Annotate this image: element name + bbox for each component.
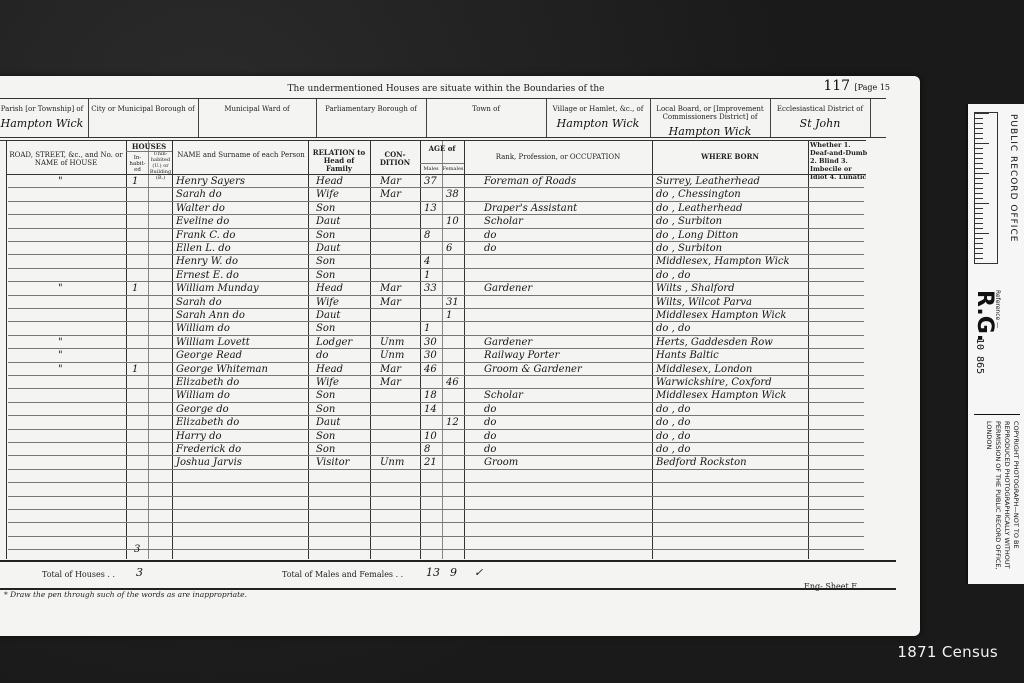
table-row: Ellen L. doDaut6dodo , Surbiton [0, 242, 866, 255]
cell-relation: Head [316, 175, 343, 188]
cell-condition: Mar [380, 282, 401, 295]
cell-born: Middlesex, Hampton Wick [656, 255, 790, 268]
cell-born: Warwickshire, Coxford [656, 376, 772, 389]
cell-condition: Mar [380, 188, 401, 201]
table-row: William doSon1do , do [0, 322, 866, 335]
table-row: "William LovettLodgerUnm30GardenerHerts,… [0, 336, 866, 349]
region-cell: Parish [or Township] ofHampton Wick [0, 99, 89, 137]
cell-occupation: Scholar [484, 389, 523, 402]
cell-male-age: 4 [424, 255, 430, 268]
header-where-born: WHERE BORN [654, 153, 806, 161]
cell-relation: Wife [316, 188, 339, 201]
cell-inhabited: 1 [132, 282, 138, 295]
cell-born: do , do [656, 416, 690, 429]
cell-occupation: do [484, 229, 496, 242]
cell-occupation: Scholar [484, 215, 523, 228]
cell-road: " [58, 349, 63, 362]
cell-name: Sarah do [176, 188, 222, 201]
cell-name: Frederick do [176, 443, 241, 456]
cell-male-age: 8 [424, 229, 430, 242]
cell-occupation: Foreman of Roads [484, 175, 576, 188]
cell-male-age: 8 [424, 443, 430, 456]
ruler-tick [975, 153, 983, 154]
cell-born: Middlesex, London [656, 363, 752, 376]
ruler-tick [975, 228, 983, 229]
region-label: Local Board, or [Improvement Commissione… [650, 99, 770, 121]
series-code: R.G. [972, 290, 997, 342]
cell-occupation: do [484, 403, 496, 416]
header-road: ROAD, STREET, &c., and No. or NAME of HO… [8, 151, 124, 167]
cell-relation: Wife [316, 296, 339, 309]
ruler-tick [975, 113, 989, 114]
ruler-tick [975, 133, 983, 134]
cell-condition: Unm [380, 349, 404, 362]
ruler-tick [975, 118, 983, 119]
cell-male-age: 10 [424, 430, 437, 443]
ruler-tick [975, 203, 989, 204]
header-inhabited: In-habit-ed [127, 155, 148, 173]
region-cell: Municipal Ward of [198, 99, 317, 137]
cell-male-age: 14 [424, 403, 437, 416]
cell-born: Wilts, Wilcot Parva [656, 296, 752, 309]
ruler-tick [975, 243, 983, 244]
header-occupation: Rank, Profession, or OCCUPATION [466, 153, 650, 161]
cell-female-age: 12 [446, 416, 459, 429]
region-value: St John [770, 117, 870, 130]
cell-born: do , Leatherhead [656, 202, 742, 215]
cell-name: Eveline do [176, 215, 229, 228]
cell-relation: Daut [316, 416, 340, 429]
cell-occupation: Draper's Assistant [484, 202, 577, 215]
table-row [0, 483, 866, 496]
table-row: "George ReaddoUnm30Railway PorterHants B… [0, 349, 866, 362]
region-cell: Local Board, or [Improvement Commissione… [650, 99, 771, 137]
cell-inhabited: 1 [132, 175, 138, 188]
cell-born: Middlesex Hampton Wick [656, 309, 786, 322]
sheet-heading: The undermentioned Houses are situate wi… [0, 84, 896, 94]
table-row: "1William MundayHeadMar33GardenerWilts ,… [0, 282, 866, 295]
total-houses-label: Total of Houses . . [42, 570, 115, 579]
table-row: Sarah doWifeMar31Wilts, Wilcot Parva [0, 296, 866, 309]
region-value: Hampton Wick [650, 125, 770, 138]
piece-number: 10 865 [974, 338, 985, 374]
ruler-tick [975, 123, 983, 124]
cell-born: do , do [656, 322, 690, 335]
cell-name: Frank C. do [176, 229, 235, 242]
cell-relation: Son [316, 269, 335, 282]
cell-relation: Son [316, 255, 335, 268]
cell-name: Sarah do [176, 296, 222, 309]
cell-relation: Lodger [316, 336, 352, 349]
cell-relation: Son [316, 443, 335, 456]
cell-condition: Mar [380, 363, 401, 376]
census-sheet: The undermentioned Houses are situate wi… [0, 76, 920, 636]
cell-born: do , do [656, 269, 690, 282]
ruler-tick [975, 168, 983, 169]
cell-male-age: 1 [424, 322, 430, 335]
cell-name: Elizabeth do [176, 376, 239, 389]
table-row: Henry W. doSon4Middlesex, Hampton Wick [0, 255, 866, 268]
cell-born: do , Chessington [656, 188, 741, 201]
table-row: Walter doSon13Draper's Assistantdo , Lea… [0, 202, 866, 215]
cell-born: Middlesex Hampton Wick [656, 389, 786, 402]
ruler-tick [975, 253, 983, 254]
cell-occupation: Groom & Gardener [484, 363, 582, 376]
ruler-tick [975, 218, 983, 219]
cell-female-age: 10 [446, 215, 459, 228]
ruler-tick [975, 143, 989, 144]
cell-name: William Munday [176, 282, 259, 295]
ruler-tick [975, 223, 983, 224]
cell-born: do , do [656, 430, 690, 443]
cell-born: do , Long Ditton [656, 229, 738, 242]
ruler-tick [975, 163, 983, 164]
cell-name: Joshua Jarvis [176, 456, 242, 469]
total-females-value: 9 [450, 566, 457, 579]
ruler-tick [975, 193, 983, 194]
region-value: Hampton Wick [546, 117, 650, 130]
ruler-tick [975, 213, 983, 214]
ruler-tick [975, 188, 983, 189]
region-value: Hampton Wick [0, 117, 88, 130]
table-row: Elizabeth doWifeMar46Warwickshire, Coxfo… [0, 376, 866, 389]
cell-female-age: 31 [446, 296, 459, 309]
region-cell: Parliamentary Borough of [316, 99, 427, 137]
folio-number: 117 [Page 15 [823, 78, 890, 94]
table-row [0, 537, 866, 550]
cell-name: William do [176, 389, 230, 402]
cell-name: Sarah Ann do [176, 309, 245, 322]
cell-relation: Head [316, 282, 343, 295]
table-row: Sarah doWifeMar38do , Chessington [0, 188, 866, 201]
ruler-tick [975, 183, 983, 184]
cell-occupation: do [484, 430, 496, 443]
cell-name: George do [176, 403, 229, 416]
cell-relation: Head [316, 363, 343, 376]
total-houses-value: 3 [136, 566, 143, 579]
cell-occupation: Gardener [484, 336, 532, 349]
cell-name: George Whiteman [176, 363, 268, 376]
cell-male-age: 21 [424, 456, 437, 469]
table-row: George doSon14dodo , do [0, 403, 866, 416]
cell-name: William Lovett [176, 336, 250, 349]
tally-mark: 3 [134, 543, 140, 556]
header-condition: CON-DITION [372, 151, 418, 167]
cell-name: Henry W. do [176, 255, 238, 268]
cell-relation: Son [316, 403, 335, 416]
cell-name: Henry Sayers [176, 175, 245, 188]
ruler-tick [975, 148, 983, 149]
cell-born: Wilts , Shalford [656, 282, 735, 295]
cell-relation: Wife [316, 376, 339, 389]
rule [420, 163, 464, 164]
cell-road: " [58, 363, 63, 376]
region-label: City or Municipal Borough of [88, 99, 198, 113]
ruler-tick [975, 158, 983, 159]
cell-male-age: 13 [424, 202, 437, 215]
cell-condition: Mar [380, 175, 401, 188]
cell-female-age: 38 [446, 188, 459, 201]
cell-male-age: 37 [424, 175, 437, 188]
region-cell: Village or Hamlet, &c., ofHampton Wick [546, 99, 651, 137]
cell-relation: Son [316, 202, 335, 215]
cell-condition: Mar [380, 296, 401, 309]
scale-ruler [974, 112, 998, 264]
cell-relation: Son [316, 229, 335, 242]
table-row: Harry doSon10dodo , do [0, 430, 866, 443]
ruler-tick [975, 233, 989, 234]
cell-name: Harry do [176, 430, 222, 443]
ruler-tick [975, 173, 989, 174]
rule [126, 151, 172, 152]
header-relation: RELATION to Head of Family [310, 149, 368, 173]
table-row [0, 510, 866, 523]
cell-male-age: 30 [424, 349, 437, 362]
cell-male-age: 1 [424, 269, 430, 282]
cell-name: William do [176, 322, 230, 335]
table-row [0, 470, 866, 483]
ruler-tick [975, 138, 983, 139]
cell-name: Walter do [176, 202, 225, 215]
header-houses: HOUSES [126, 143, 172, 151]
cell-occupation: do [484, 242, 496, 255]
region-cell: Ecclesiastical District ofSt John [770, 99, 871, 137]
cell-relation: Daut [316, 215, 340, 228]
ruler-tick [975, 258, 983, 259]
table-row: "1George WhitemanHeadMar46Groom & Garden… [0, 363, 866, 376]
boundary-regions: Parish [or Township] ofHampton WickCity … [0, 98, 886, 138]
cell-name: Ernest E. do [176, 269, 239, 282]
cell-name: Elizabeth do [176, 416, 239, 429]
region-label: Town of [426, 99, 546, 113]
region-label: Parish [or Township] of [0, 99, 88, 113]
cell-male-age: 33 [424, 282, 437, 295]
table-row: "1Henry SayersHeadMar37Foreman of RoadsS… [0, 175, 866, 188]
table-row [0, 523, 866, 536]
region-cell: Town of [426, 99, 547, 137]
cell-occupation: do [484, 443, 496, 456]
cell-born: Herts, Gaddesden Row [656, 336, 773, 349]
cell-condition: Unm [380, 336, 404, 349]
cell-occupation: do [484, 416, 496, 429]
total-persons-label: Total of Males and Females . . [282, 570, 403, 579]
table-row: Sarah Ann doDaut1Middlesex Hampton Wick [0, 309, 866, 322]
region-label: Village or Hamlet, &c., of [546, 99, 650, 113]
cell-condition: Mar [380, 376, 401, 389]
cell-relation: Son [316, 322, 335, 335]
cell-occupation: Groom [484, 456, 518, 469]
header-name: NAME and Surname of each Person [176, 151, 306, 159]
office-name: PUBLIC RECORD OFFICE [998, 114, 1018, 264]
table-row: Frank C. doSon8dodo , Long Ditton [0, 229, 866, 242]
ruler-tick [975, 208, 983, 209]
cell-female-age: 1 [446, 309, 452, 322]
region-label: Ecclesiastical District of [770, 99, 870, 113]
footnote: * Draw the pen through such of the words… [4, 590, 247, 599]
header-females: Females [442, 165, 464, 173]
copyright-notice: COPYRIGHT PHOTOGRAPH—NOT TO BE REPRODUCE… [974, 414, 1020, 581]
cell-male-age: 46 [424, 363, 437, 376]
archive-reference-strip: PUBLIC RECORD OFFICE Reference — R.G. 10… [966, 104, 1024, 584]
ruler-tick [975, 198, 983, 199]
cell-relation: Son [316, 389, 335, 402]
ruler-tick [975, 248, 983, 249]
cell-female-age: 6 [446, 242, 452, 255]
cell-female-age: 46 [446, 376, 459, 389]
table-row: Eveline doDaut10Scholardo , Surbiton [0, 215, 866, 228]
cell-relation: Visitor [316, 456, 349, 469]
cell-born: do , Surbiton [656, 242, 722, 255]
cell-road: " [58, 175, 63, 188]
image-caption: 1871 Census [897, 643, 998, 661]
cell-male-age: 30 [424, 336, 437, 349]
cell-relation: Son [316, 430, 335, 443]
cell-road: " [58, 282, 63, 295]
total-males-value: 13 [426, 566, 440, 579]
cell-road: " [58, 336, 63, 349]
cell-born: do , do [656, 403, 690, 416]
ruler-tick [975, 128, 983, 129]
cell-condition: Unm [380, 456, 404, 469]
ruler-tick [975, 238, 983, 239]
header-males: Males [420, 165, 442, 173]
table-row [0, 497, 866, 510]
ruler-tick [975, 178, 983, 179]
cell-born: do , Surbiton [656, 215, 722, 228]
table-row: Joshua JarvisVisitorUnm21GroomBedford Ro… [0, 456, 866, 469]
region-label: Parliamentary Borough of [316, 99, 426, 113]
table-row: Elizabeth doDaut12dodo , do [0, 416, 866, 429]
cell-relation: do [316, 349, 328, 362]
census-table: ROAD, STREET, &c., and No. or NAME of HO… [0, 140, 866, 559]
cell-inhabited: 1 [132, 363, 138, 376]
table-row: Ernest E. doSon1do , do [0, 269, 866, 282]
cell-born: do , do [656, 443, 690, 456]
table-row: Frederick doSon8dodo , do [0, 443, 866, 456]
cell-born: Surrey, Leatherhead [656, 175, 760, 188]
cell-male-age: 18 [424, 389, 437, 402]
sheet-id: Eng- Sheet F. [804, 582, 858, 591]
check-mark: ✓ [474, 566, 483, 579]
cell-relation: Daut [316, 242, 340, 255]
cell-relation: Daut [316, 309, 340, 322]
region-label: Municipal Ward of [198, 99, 316, 113]
cell-born: Bedford Rockston [656, 456, 747, 469]
cell-name: George Read [176, 349, 242, 362]
totals-row: Total of Houses . . 3 Total of Males and… [0, 560, 896, 590]
table-row: William doSon18ScholarMiddlesex Hampton … [0, 389, 866, 402]
cell-occupation: Railway Porter [484, 349, 559, 362]
header-age: AGE of [420, 145, 464, 153]
cell-name: Ellen L. do [176, 242, 231, 255]
region-cell: City or Municipal Borough of [88, 99, 199, 137]
cell-born: Hants Baltic [656, 349, 719, 362]
cell-occupation: Gardener [484, 282, 532, 295]
